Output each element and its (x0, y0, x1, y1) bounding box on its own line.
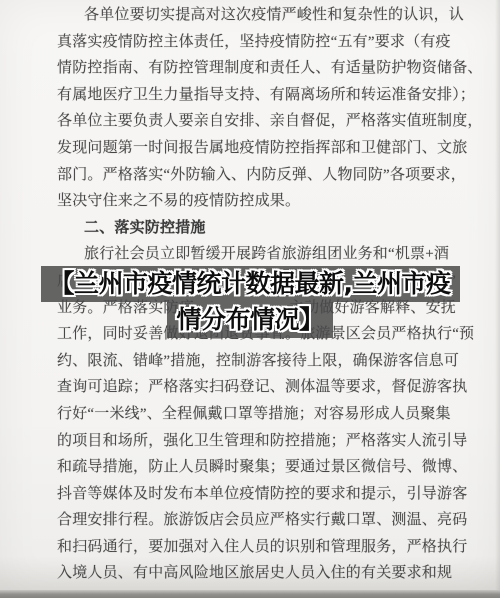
photo-right-edge (495, 0, 500, 598)
document-line: 情防控指南、有防控管理制度和责任人、有适量防护物资储备、 (57, 55, 456, 82)
document-line: 工作，同时妥善做好退团退费事宜。旅游景区会员严格执行“预 (57, 321, 456, 348)
document-body: 各单位要切实提高对这次疫情严峻性和复杂性的认识，认真落实疫情防控主体责任，坚持疫… (57, 2, 456, 587)
document-line: 旅行社会员立即暂缓开展跨省旅游组团业务和“机票+酒 (57, 241, 456, 268)
line-fragment-right: 酒店” (419, 268, 456, 295)
document-line: 真落实疫情防控主体责任，坚持疫情防控“五有”要求（有疫 (57, 29, 456, 56)
document-line: 和疏导措施，防止人员瞬时聚集；要通过景区微信号、微博、 (57, 454, 456, 481)
line-fragment-right: 主动做好游客解释、安抚 (289, 295, 456, 322)
document-line: 抖音等媒体及时发布本单位疫情防控的要求和提示，引导游客 (57, 481, 456, 508)
document-line: 各单位要切实提高对这次疫情严峻性和复杂性的认识，认 (57, 2, 456, 29)
document-line: 行好“一米线”、全程佩戴口罩等措施；对容易形成人员聚集 (57, 401, 456, 428)
photo-bottom-edge (0, 590, 500, 598)
document-line: 各单位主要负责人要亲自安排、亲自督促，严格落实值班制度， (57, 108, 456, 135)
line-fragment-left: 业务。严格落实防疫 (57, 295, 194, 322)
document-line: 坚决守住来之不易的疫情防控成果。 (57, 188, 456, 215)
document-line: 合理安排行程。旅游饭店会员应严格实行戴口罩、测温、亮码 (57, 507, 456, 534)
document-line: 发现问题第一时间报告属地疫情防控指挥部和卫健部门、文旅 (57, 135, 456, 162)
line-fragment-left: 店” (57, 268, 79, 295)
document-line: 查询可追踪；严格落实扫码登记、测体温等要求，督促游客执 (57, 374, 456, 401)
document-line: 业务。严格落实防疫主动做好游客解释、安抚 (57, 295, 456, 322)
document-line: 约、限流、错峰”措施，控制游客接待上限，确保游客信息可 (57, 348, 456, 375)
document-line: 入境人员、有中高风险地区旅居史人员入住的有关要求和规 (57, 560, 456, 587)
document-line: 店”酒店” (57, 268, 456, 295)
section-heading: 二、落实防控措施 (57, 215, 456, 242)
document-line: 的项目和场所，强化卫生管理和防控措施；严格落实人流引导 (57, 428, 456, 455)
scanned-document-photo: 各单位要切实提高对这次疫情严峻性和复杂性的认识，认真落实疫情防控主体责任，坚持疫… (0, 0, 500, 598)
document-line: 有属地医疗卫生力量指导支持、有隔离场所和转运准备安排）； (57, 82, 456, 109)
document-line: 和扫码通行，要加强对入住人员的识别和管理服务，严格执行 (57, 534, 456, 561)
document-line: 部门。严格落实“外防输入、内防反弹、人物同防”各项要求， (57, 162, 456, 189)
